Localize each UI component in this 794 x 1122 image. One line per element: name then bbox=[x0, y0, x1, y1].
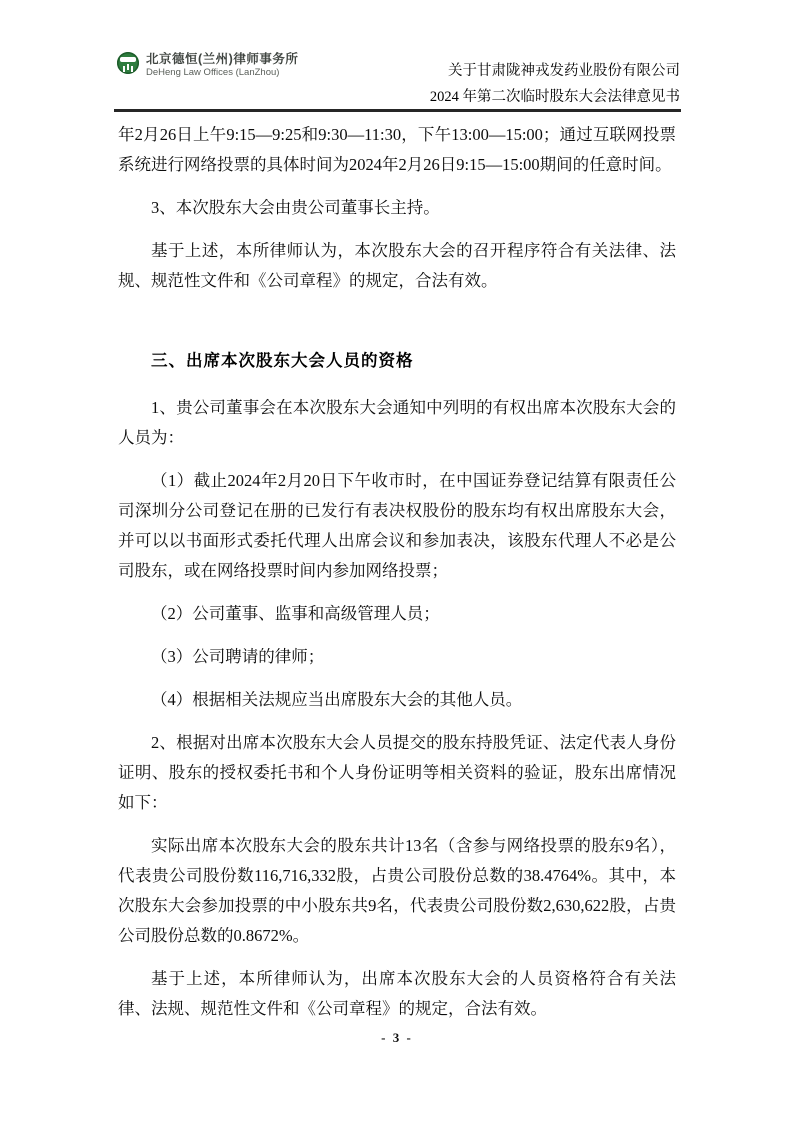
body-paragraph: （2）公司董事、监事和高级管理人员； bbox=[118, 599, 676, 629]
body-paragraph: 年2月26日上午9:15—9:25和9:30—11:30，下午13:00—15:… bbox=[118, 120, 676, 180]
firm-letterhead: 北京德恒(兰州)律师事务所 DeHeng Law Offices (LanZho… bbox=[117, 52, 298, 79]
body-paragraph: 1、贵公司董事会在本次股东大会通知中列明的有权出席本次股东大会的人员为： bbox=[118, 393, 676, 453]
document-body: 年2月26日上午9:15—9:25和9:30—11:30，下午13:00—15:… bbox=[118, 120, 676, 1037]
body-paragraph: 2、根据对出席本次股东大会人员提交的股东持股凭证、法定代表人身份证明、股东的授权… bbox=[118, 728, 676, 818]
body-paragraph: 3、本次股东大会由贵公司董事长主持。 bbox=[118, 193, 676, 223]
body-paragraph: 基于上述，本所律师认为，本次股东大会的召开程序符合有关法律、法规、规范性文件和《… bbox=[118, 236, 676, 296]
document-title: 关于甘肃陇神戎发药业股份有限公司 2024 年第二次临时股东大会法律意见书 bbox=[430, 58, 680, 110]
page-number: - 3 - bbox=[0, 1030, 794, 1046]
body-paragraph: （1）截止2024年2月20日下午收市时，在中国证券登记结算有限责任公司深圳分公… bbox=[118, 466, 676, 586]
body-paragraph: （4）根据相关法规应当出席股东大会的其他人员。 bbox=[118, 685, 676, 715]
body-paragraph: （3）公司聘请的律师； bbox=[118, 642, 676, 672]
firm-name-en: DeHeng Law Offices (LanZhou) bbox=[146, 67, 298, 79]
document-title-line2: 2024 年第二次临时股东大会法律意见书 bbox=[430, 84, 680, 110]
document-title-line1: 关于甘肃陇神戎发药业股份有限公司 bbox=[430, 58, 680, 84]
document-page: 北京德恒(兰州)律师事务所 DeHeng Law Offices (LanZho… bbox=[0, 0, 794, 1122]
section-heading-attendee-qualification: 三、出席本次股东大会人员的资格 bbox=[118, 346, 676, 376]
firm-name-block: 北京德恒(兰州)律师事务所 DeHeng Law Offices (LanZho… bbox=[146, 52, 298, 79]
body-paragraph: 基于上述，本所律师认为，出席本次股东大会的人员资格符合有关法律、法规、规范性文件… bbox=[118, 964, 676, 1024]
firm-name-cn: 北京德恒(兰州)律师事务所 bbox=[146, 52, 298, 66]
deheng-logo-icon bbox=[117, 52, 139, 74]
body-paragraph: 实际出席本次股东大会的股东共计13名（含参与网络投票的股东9名），代表贵公司股份… bbox=[118, 831, 676, 951]
header-divider bbox=[114, 109, 681, 112]
